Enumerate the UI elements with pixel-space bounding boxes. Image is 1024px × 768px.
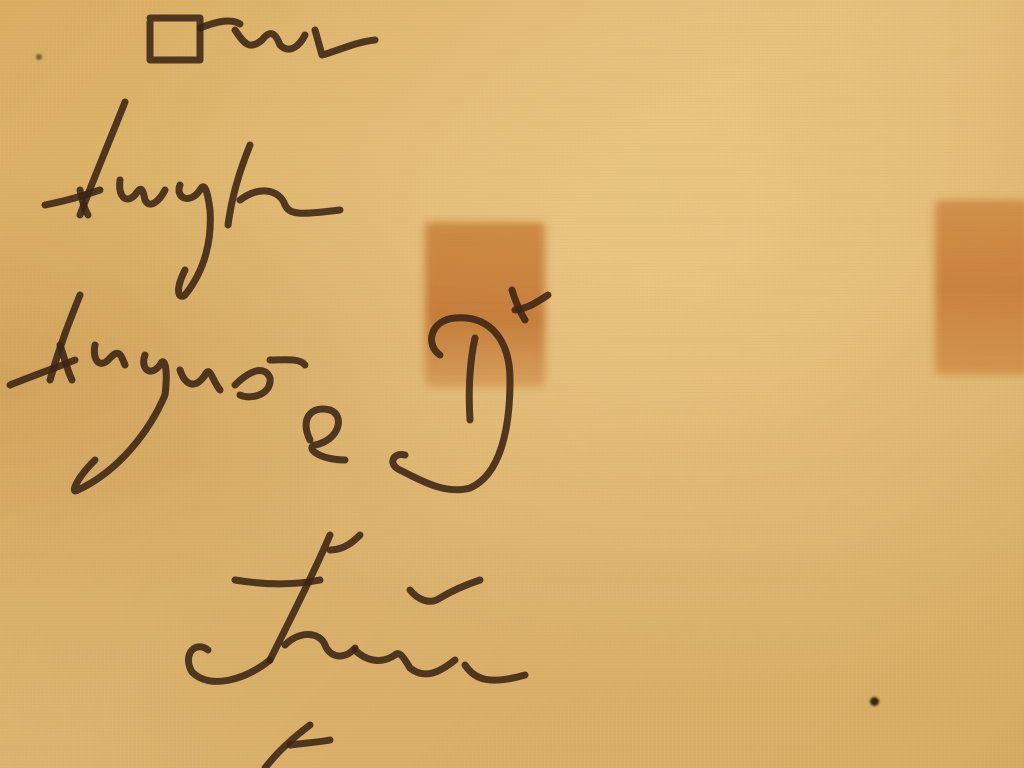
handwriting-line-2	[45, 102, 340, 296]
handwriting-line-1	[150, 18, 375, 60]
handwriting-line-4	[188, 535, 525, 768]
handwriting-ink	[0, 0, 1024, 768]
handwriting-line-3	[10, 295, 345, 491]
handwriting-large-d	[393, 290, 548, 490]
